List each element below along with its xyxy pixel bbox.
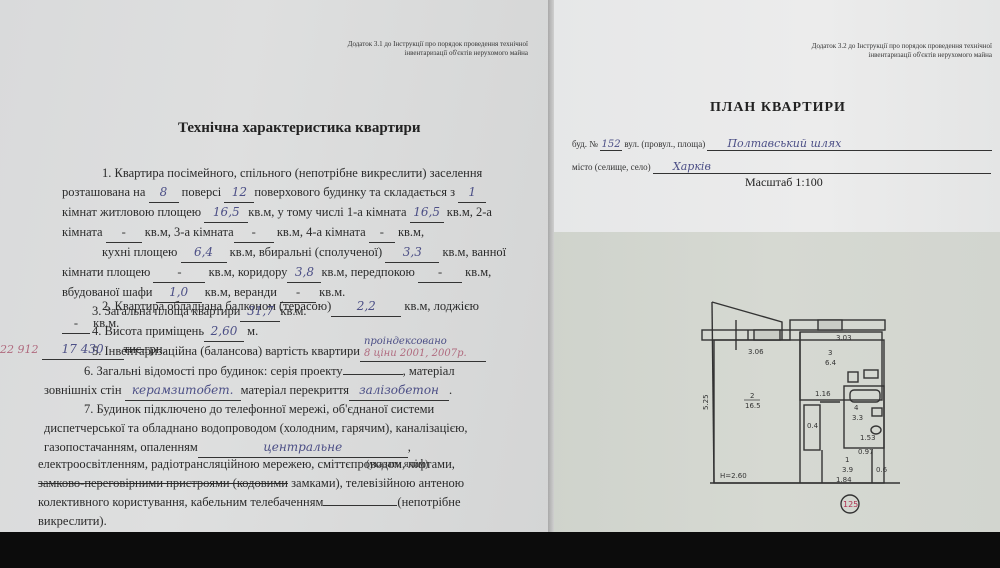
floor-plan: 3.06 3.03 2 16.5 3 6.4 4 3.3 1 3.9 0.4 0… xyxy=(700,290,910,520)
svg-text:3.03: 3.03 xyxy=(836,334,852,342)
svg-text:3.3: 3.3 xyxy=(852,414,863,422)
annex-note-right: Додаток 3.2 до Інструкції про порядок пр… xyxy=(760,42,992,60)
svg-text:3.9: 3.9 xyxy=(842,466,853,474)
svg-text:1.53: 1.53 xyxy=(860,434,876,442)
svg-text:H=2.60: H=2.60 xyxy=(720,472,747,480)
svg-text:3: 3 xyxy=(828,349,832,357)
svg-text:1: 1 xyxy=(845,456,849,464)
svg-text:16.5: 16.5 xyxy=(745,402,761,410)
svg-text:5.25: 5.25 xyxy=(702,394,710,410)
svg-text:2: 2 xyxy=(750,392,754,400)
plan-stamp: 125 xyxy=(843,500,858,509)
address-city-line: місто (селище, село) Харків xyxy=(572,160,991,174)
svg-text:1.16: 1.16 xyxy=(815,390,831,398)
address-street-line: буд. № 152 вул. (провул., площа) Полтавс… xyxy=(572,137,992,151)
svg-text:3.06: 3.06 xyxy=(748,348,764,356)
page-title: Технічна характеристика квартири xyxy=(178,120,420,137)
svg-text:0.97: 0.97 xyxy=(858,448,874,456)
svg-text:6.4: 6.4 xyxy=(825,359,837,367)
svg-text:1.84: 1.84 xyxy=(836,476,852,484)
scale-label: Масштаб 1:100 xyxy=(745,175,823,190)
item-5-value: 22 912 17 430тис.грн. xyxy=(0,340,166,360)
item-7-cont: електроосвітленням, радіотрансляційною м… xyxy=(38,455,464,531)
plan-title: ПЛАН КВАРТИРИ xyxy=(710,100,846,116)
item-6: 6. Загальні відомості про будинок: серія… xyxy=(44,362,455,401)
item-1: 1. Квартира посімейного, спільного (непо… xyxy=(62,164,506,303)
svg-text:4: 4 xyxy=(854,404,859,412)
svg-text:0.4: 0.4 xyxy=(807,422,819,430)
book-spine xyxy=(548,0,554,532)
svg-text:0.6: 0.6 xyxy=(876,466,888,474)
annex-note-left: Додаток 3.1 до Інструкції про порядок пр… xyxy=(300,40,528,58)
